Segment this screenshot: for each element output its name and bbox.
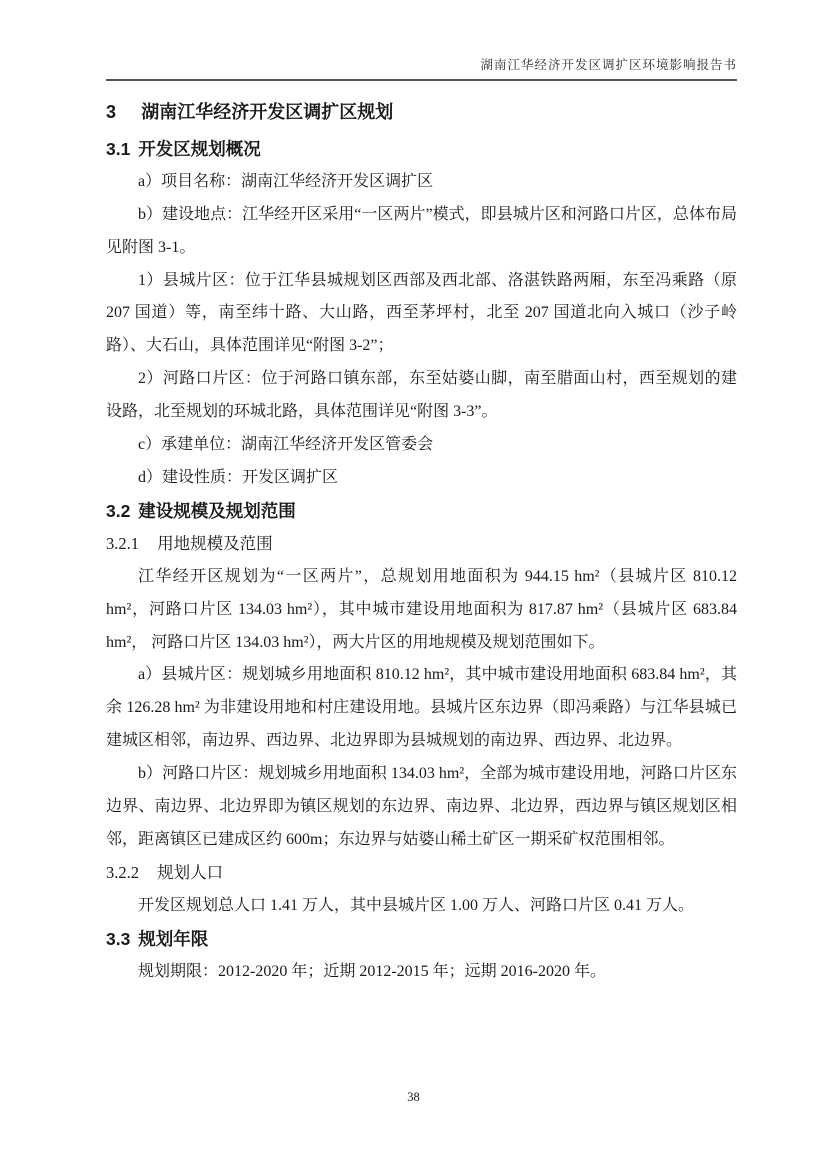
section-heading-3-2: 3.2建设规模及规划范围 bbox=[106, 495, 737, 528]
chapter-number: 3 bbox=[106, 102, 116, 122]
paragraph-location: b）建设地点：江华经开区采用“一区两片”模式，即县城片区和河路口片区，总体布局见… bbox=[106, 199, 737, 265]
subsection-number: 3.2.2 bbox=[106, 863, 139, 882]
paragraph-contractor: c）承建单位：湖南江华经济开发区管委会 bbox=[106, 429, 737, 462]
subsection-title: 规划人口 bbox=[157, 863, 223, 882]
paragraph-project-name: a）项目名称：湖南江华经济开发区调扩区 bbox=[106, 166, 737, 199]
paragraph-population: 开发区规划总人口 1.41 万人，其中县城片区 1.00 万人、河路口片区 0.… bbox=[106, 890, 737, 923]
subsection-number: 3.2.1 bbox=[106, 534, 139, 553]
paragraph-county-area: 1）县城片区：位于江华县城规划区西部及西北部、洛湛铁路两厢，东至冯乘路（原 20… bbox=[106, 265, 737, 364]
paragraph-county-detail: a）县城片区：规划城乡用地面积 810.12 hm²，其中城市建设用地面积 68… bbox=[106, 659, 737, 758]
section-title: 建设规模及规划范围 bbox=[138, 501, 296, 521]
section-title: 开发区规划概况 bbox=[138, 139, 261, 159]
chapter-title: 湖南江华经济开发区调扩区规划 bbox=[141, 102, 393, 122]
section-title: 规划年限 bbox=[138, 929, 208, 949]
section-number: 3.1 bbox=[106, 139, 130, 159]
section-heading-3-1: 3.1开发区规划概况 bbox=[106, 133, 737, 166]
section-number: 3.3 bbox=[106, 929, 130, 949]
chapter-heading: 3湖南江华经济开发区调扩区规划 bbox=[106, 96, 737, 129]
page-footer: 38 bbox=[0, 1090, 827, 1105]
page-number: 38 bbox=[407, 1090, 420, 1104]
paragraph-plan-period: 规划期限：2012-2020 年；近期 2012-2015 年；远期 2016-… bbox=[106, 956, 737, 989]
document-body: 3湖南江华经济开发区调扩区规划 3.1开发区规划概况 a）项目名称：湖南江华经济… bbox=[106, 90, 737, 988]
paragraph-nature: d）建设性质：开发区调扩区 bbox=[106, 462, 737, 495]
section-number: 3.2 bbox=[106, 501, 130, 521]
subsection-heading-3-2-1: 3.2.1用地规模及范围 bbox=[106, 528, 737, 561]
report-title: 湖南江华经济开发区调扩区环境影响报告书 bbox=[480, 58, 737, 72]
running-header: 湖南江华经济开发区调扩区环境影响报告书 bbox=[106, 55, 737, 81]
subsection-heading-3-2-2: 3.2.2规划人口 bbox=[106, 857, 737, 890]
subsection-title: 用地规模及范围 bbox=[157, 534, 273, 553]
paragraph-land-scale: 江华经开区规划为“一区两片”，总规划用地面积为 944.15 hm²（县城片区 … bbox=[106, 561, 737, 660]
document-page: 湖南江华经济开发区调扩区环境影响报告书 3湖南江华经济开发区调扩区规划 3.1开… bbox=[0, 0, 827, 1169]
section-heading-3-3: 3.3规划年限 bbox=[106, 923, 737, 956]
paragraph-heluokou-area: 2）河路口片区：位于河路口镇东部，东至姑婆山脚，南至腊面山村，西至规划的建设路，… bbox=[106, 363, 737, 429]
paragraph-heluokou-detail: b）河路口片区：规划城乡用地面积 134.03 hm²，全部为城市建设用地，河路… bbox=[106, 758, 737, 857]
